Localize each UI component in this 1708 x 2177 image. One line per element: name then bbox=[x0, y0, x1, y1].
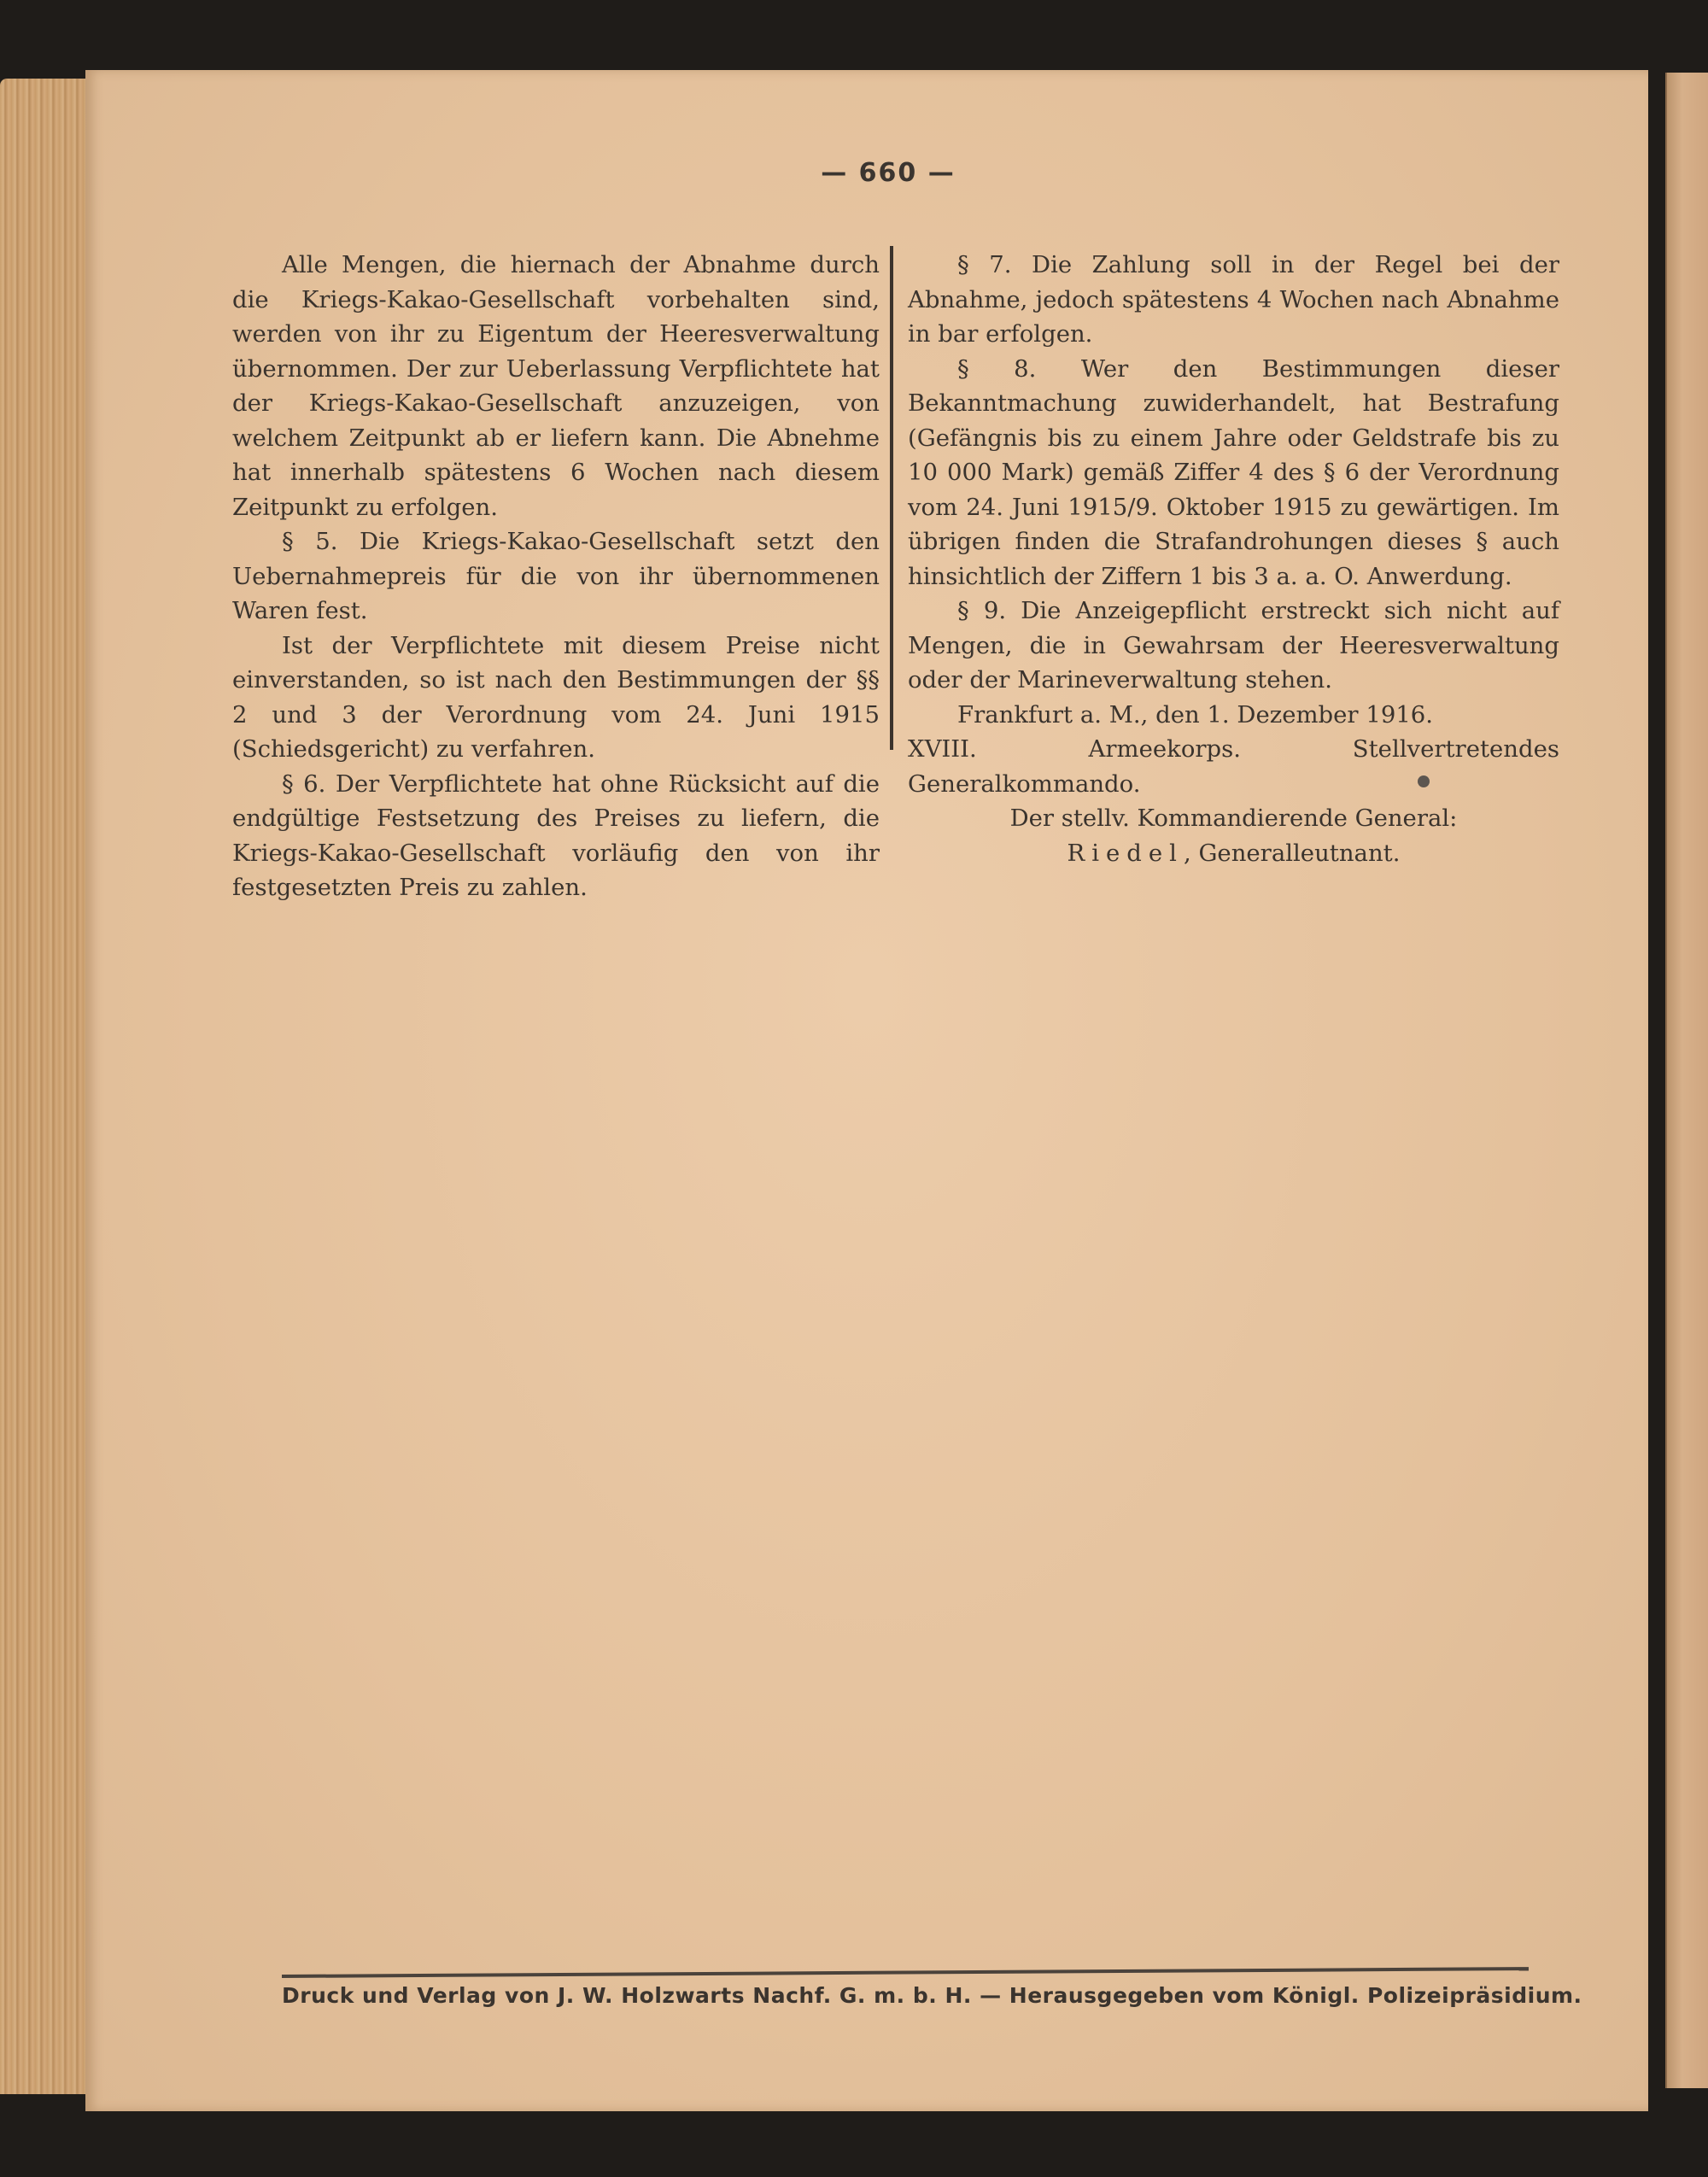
page-edge-line bbox=[1665, 73, 1667, 2088]
paragraph-section-5-cont: Ist der Verpflichtete mit diesem Preise … bbox=[232, 629, 880, 767]
imprint-footer: Druck und Verlag von J. W. Holzwarts Nac… bbox=[282, 1983, 1554, 2008]
book-page-stack-left bbox=[0, 79, 85, 2094]
signatory-rank: , Generalleutnant. bbox=[1184, 840, 1401, 867]
paragraph-section-5: § 5. Die Kriegs-Kakao-Gesellschaft setzt… bbox=[232, 524, 880, 629]
paragraph-intro: Alle Mengen, die hiernach der Abnahme du… bbox=[232, 248, 880, 524]
paragraph-section-8: § 8. Wer den Bestimmungen dieser Bekannt… bbox=[908, 352, 1559, 594]
right-column: § 7. Die Zahlung soll in der Regel bei d… bbox=[908, 248, 1559, 870]
signatory-title: Der stellv. Kommandierende General: bbox=[908, 801, 1559, 836]
place-date: Frankfurt a. M., den 1. Dezember 1916. bbox=[908, 698, 1559, 733]
ink-blot bbox=[1418, 775, 1430, 787]
signatory-name: Riedel bbox=[1067, 840, 1184, 867]
paragraph-section-7: § 7. Die Zahlung soll in der Regel bei d… bbox=[908, 248, 1559, 352]
left-column: Alle Mengen, die hiernach der Abnahme du… bbox=[232, 248, 880, 905]
issuing-authority: XVIII. Armeekorps. Stellvertretendes Gen… bbox=[908, 732, 1559, 801]
paragraph-section-6: § 6. Der Verpflichtete hat ohne Rücksich… bbox=[232, 767, 880, 905]
page-number: — 660 — bbox=[803, 158, 974, 188]
signature-line: Riedel, Generalleutnant. bbox=[908, 836, 1559, 871]
book-page-edge-right bbox=[1665, 73, 1708, 2088]
column-divider bbox=[890, 246, 893, 750]
paragraph-section-9: § 9. Die Anzeigepflicht erstreckt sich n… bbox=[908, 594, 1559, 698]
